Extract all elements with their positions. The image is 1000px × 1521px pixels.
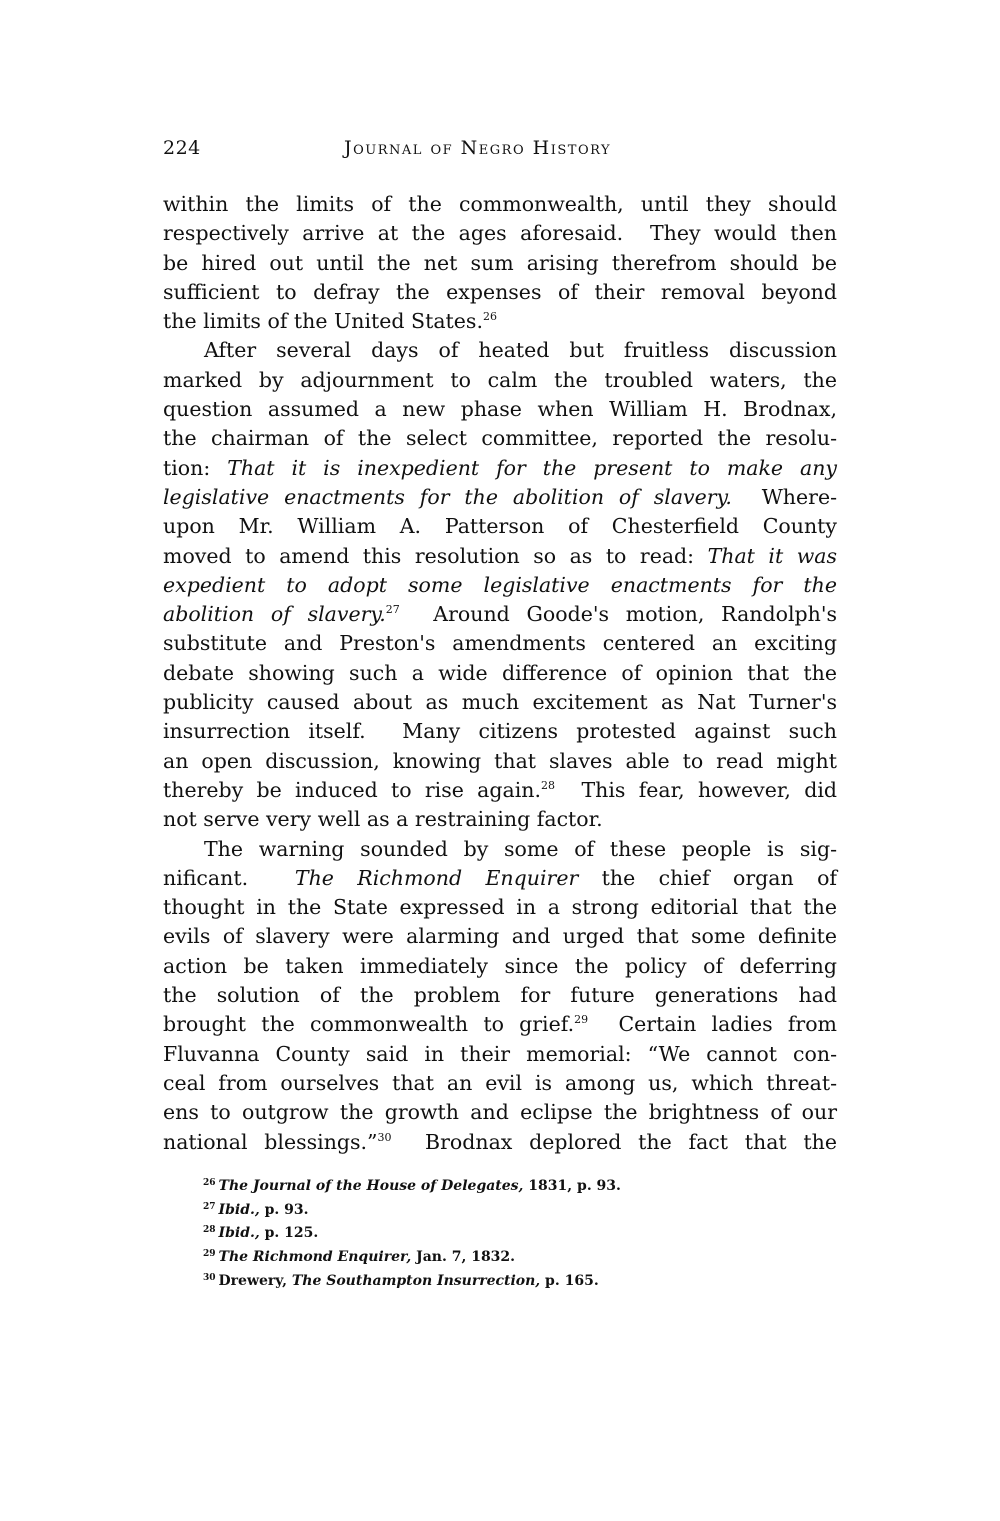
text-run: upon Mr. William A. Patterson of Chester… [163, 514, 837, 538]
footnote-reference: 29 [574, 1013, 588, 1026]
text-run: the solution of the problem for future g… [163, 983, 837, 1007]
text-line: within the limits of the commonwealth, u… [163, 190, 837, 219]
text-run: nificant. [163, 866, 295, 890]
text-line: legislative enactments for the abolition… [163, 483, 837, 512]
footnote: 28Ibid., p. 125. [203, 1219, 803, 1243]
footnote-number: 29 [203, 1249, 216, 1259]
text-line: moved to amend this resolution so as to … [163, 542, 837, 571]
text-run: debate showing such a wide difference of… [163, 661, 837, 685]
text-run: Jan. 7, 1832. [411, 1249, 515, 1265]
italic-text: abolition of slavery. [163, 602, 386, 626]
text-line: The warning sounded by some of these peo… [163, 835, 837, 864]
text-line: After several days of heated but fruitle… [163, 336, 837, 365]
text-run: p. 165. [540, 1273, 599, 1289]
text-line: sufficient to defray the expenses of the… [163, 278, 837, 307]
footnote-number: 30 [203, 1273, 216, 1283]
text-line: expedient to adopt some legislative enac… [163, 571, 837, 600]
footnote: 29The Richmond Enquirer, Jan. 7, 1832. [203, 1243, 803, 1267]
footnotes: 26The Journal of the House of Delegates,… [203, 1172, 803, 1290]
text-run: brought the commonwealth to grief. [163, 1012, 574, 1036]
text-run: tion: [163, 456, 227, 480]
text-run: 1831, p. 93. [523, 1178, 620, 1194]
italic-text: expedient to adopt some legislative enac… [163, 573, 837, 597]
text-line: brought the commonwealth to grief.29 Cer… [163, 1010, 837, 1039]
text-line: the limits of the United States.26 [163, 307, 837, 336]
text-line: be hired out until the net sum arising t… [163, 249, 837, 278]
text-run: Where- [732, 485, 837, 509]
text-run: publicity caused about as much excitemen… [163, 690, 837, 714]
text-run: ceal from ourselves that an evil is amon… [163, 1071, 837, 1095]
italic-text: The Southampton Insurrection, [292, 1273, 540, 1289]
text-run: Certain ladies from [588, 1012, 837, 1036]
text-line: ens to outgrow the growth and eclipse th… [163, 1098, 837, 1127]
text-run: not serve very well as a restraining fac… [163, 807, 603, 831]
text-run: substitute and Preston's amendments cent… [163, 631, 837, 655]
text-run: action be taken immediately since the po… [163, 954, 837, 978]
footnote-reference: 28 [541, 779, 555, 792]
text-line: not serve very well as a restraining fac… [163, 805, 837, 834]
text-run: Brodnax deplored the fact that the [392, 1130, 837, 1154]
text-line: thereby be induced to rise again.28 This… [163, 776, 837, 805]
text-run: After several days of heated but fruitle… [204, 338, 837, 362]
page-number: 224 [163, 137, 201, 159]
text-run: Drewery, [219, 1273, 292, 1289]
text-line: an open discussion, knowing that slaves … [163, 747, 837, 776]
text-line: the solution of the problem for future g… [163, 981, 837, 1010]
italic-text: That it is inexpedient for the present t… [227, 456, 837, 480]
text-line: substitute and Preston's amendments cent… [163, 629, 837, 658]
text-run: be hired out until the net sum arising t… [163, 251, 837, 275]
text-run: the chief organ of [578, 866, 837, 890]
text-line: Fluvanna County said in their memorial: … [163, 1040, 837, 1069]
italic-text: The Richmond Enquirer, [219, 1249, 412, 1265]
footnote-reference: 27 [386, 603, 400, 616]
italic-text: legislative enactments for the abolition… [163, 485, 732, 509]
text-line: marked by adjournment to calm the troubl… [163, 366, 837, 395]
text-run: marked by adjournment to calm the troubl… [163, 368, 837, 392]
text-run: Fluvanna County said in their memorial: … [163, 1042, 837, 1066]
text-run: respectively arrive at the ages aforesai… [163, 221, 837, 245]
text-run: question assumed a new phase when Willia… [163, 397, 837, 421]
text-line: nificant. The Richmond Enquirer the chie… [163, 864, 837, 893]
text-run: moved to amend this resolution so as to … [163, 544, 708, 568]
text-run: evils of slavery were alarming and urged… [163, 924, 837, 948]
italic-text: The Journal of the House of Delegates, [219, 1178, 524, 1194]
text-line: question assumed a new phase when Willia… [163, 395, 837, 424]
text-line: upon Mr. William A. Patterson of Chester… [163, 512, 837, 541]
running-head: 224 Journal of Negro History [163, 137, 837, 167]
text-run: Around Goode's motion, Randolph's [400, 602, 837, 626]
footnote-reference: 26 [483, 310, 497, 323]
footnote-number: 28 [203, 1225, 216, 1235]
text-line: thought in the State expressed in a stro… [163, 893, 837, 922]
text-run: sufficient to defray the expenses of the… [163, 280, 837, 304]
italic-text: Ibid., [219, 1202, 260, 1218]
italic-text: That it was [708, 544, 837, 568]
text-line: debate showing such a wide difference of… [163, 659, 837, 688]
footnote-number: 26 [203, 1178, 216, 1188]
text-line: evils of slavery were alarming and urged… [163, 922, 837, 951]
text-line: national blessings.”30 Brodnax deplored … [163, 1128, 837, 1157]
text-line: action be taken immediately since the po… [163, 952, 837, 981]
text-run: thereby be induced to rise again. [163, 778, 541, 802]
text-run: the chairman of the select committee, re… [163, 426, 837, 450]
text-run: an open discussion, knowing that slaves … [163, 749, 837, 773]
text-line: abolition of slavery.27 Around Goode's m… [163, 600, 837, 629]
italic-text: The Richmond Enquirer [295, 866, 578, 890]
text-line: tion: That it is inexpedient for the pre… [163, 454, 837, 483]
text-run: This fear, however, did [555, 778, 837, 802]
italic-text: Ibid., [219, 1225, 260, 1241]
body-text: within the limits of the commonwealth, u… [163, 190, 837, 1157]
footnote-reference: 30 [378, 1131, 392, 1144]
text-run: The warning sounded by some of these peo… [204, 837, 837, 861]
text-line: the chairman of the select committee, re… [163, 424, 837, 453]
text-line: insurrection itself. Many citizens prote… [163, 717, 837, 746]
text-line: ceal from ourselves that an evil is amon… [163, 1069, 837, 1098]
text-run: within the limits of the commonwealth, u… [163, 192, 837, 216]
text-run: thought in the State expressed in a stro… [163, 895, 837, 919]
text-run: p. 93. [260, 1202, 309, 1218]
footnote: 30Drewery, The Southampton Insurrection,… [203, 1267, 803, 1291]
text-run: national blessings.” [163, 1130, 378, 1154]
text-run: p. 125. [260, 1225, 319, 1241]
journal-title: Journal of Negro History [344, 137, 611, 159]
footnote-number: 27 [203, 1202, 216, 1212]
text-run: ens to outgrow the growth and eclipse th… [163, 1100, 837, 1124]
text-line: respectively arrive at the ages aforesai… [163, 219, 837, 248]
footnote: 27Ibid., p. 93. [203, 1196, 803, 1220]
text-run: insurrection itself. Many citizens prote… [163, 719, 837, 743]
text-run: the limits of the United States. [163, 309, 483, 333]
footnote: 26The Journal of the House of Delegates,… [203, 1172, 803, 1196]
text-line: publicity caused about as much excitemen… [163, 688, 837, 717]
